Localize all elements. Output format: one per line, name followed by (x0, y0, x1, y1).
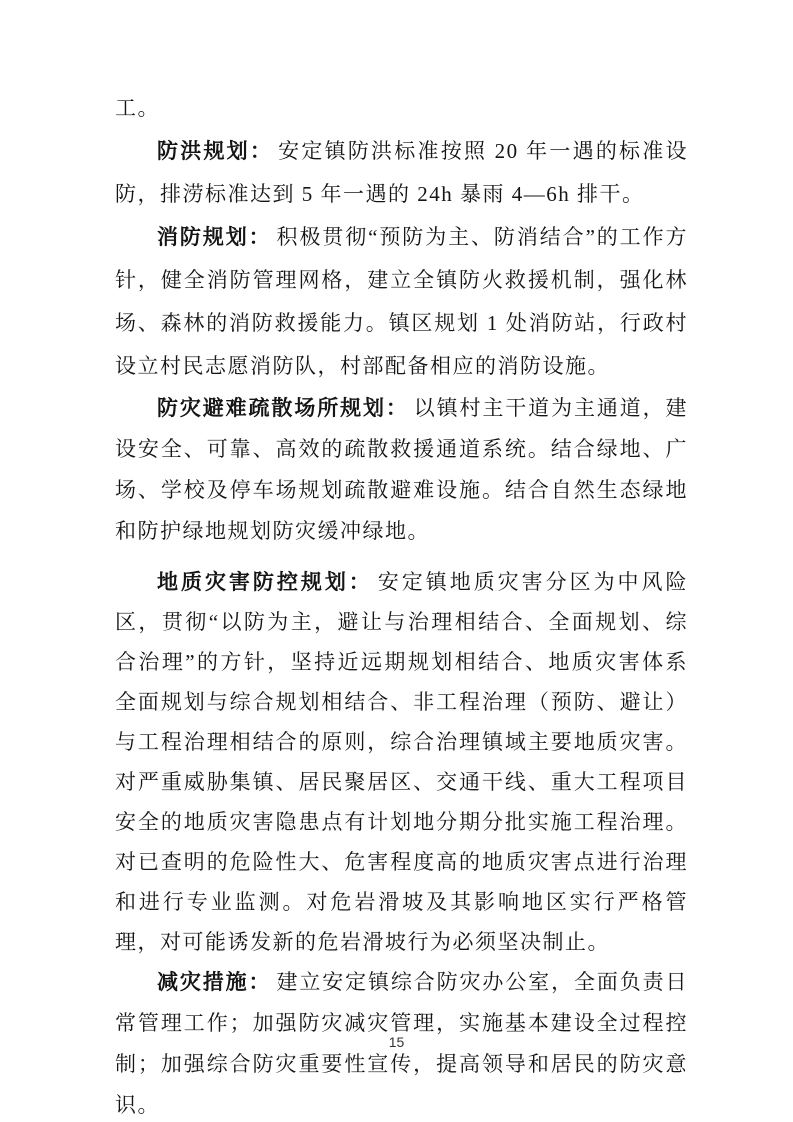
paragraph-fire-protection-plan: 消防规划：积极贯彻“预防为主、防消结合”的工作方针，健全消防管理网格，建立全镇防… (115, 216, 688, 388)
paragraph-body: 工。 (115, 96, 160, 120)
paragraph-lead: 消防规划： (157, 225, 272, 249)
paragraph-lead: 防洪规划： (157, 139, 273, 163)
page-number: 15 (0, 1034, 793, 1050)
paragraph-lead: 地质灾害防控规划： (157, 570, 373, 594)
paragraph-geological-disaster-plan: 地质灾害防控规划：安定镇地质灾害分区为中风险区，贯彻“以防为主，避让与治理相结合… (115, 562, 688, 962)
paragraph-evacuation-shelter-plan: 防灾避难疏散场所规划：以镇村主干道为主通道，建设安全、可靠、高效的疏散救援通道系… (115, 388, 688, 552)
paragraph-lead: 防灾避难疏散场所规划： (157, 396, 409, 420)
paragraph-body: 安定镇地质灾害分区为中风险区，贯彻“以防为主，避让与治理相结合、全面规划、综合治… (115, 570, 688, 954)
paragraph-continuation: 工。 (115, 87, 688, 130)
document-page: 工。 防洪规划：安定镇防洪标准按照 20 年一遇的标准设防，排涝标准达到 5 年… (0, 0, 793, 1122)
paragraph-lead: 减灾措施： (157, 970, 271, 994)
paragraph-flood-control-plan: 防洪规划：安定镇防洪标准按照 20 年一遇的标准设防，排涝标准达到 5 年一遇的… (115, 130, 688, 216)
document-body: 工。 防洪规划：安定镇防洪标准按照 20 年一遇的标准设防，排涝标准达到 5 年… (115, 87, 688, 1122)
